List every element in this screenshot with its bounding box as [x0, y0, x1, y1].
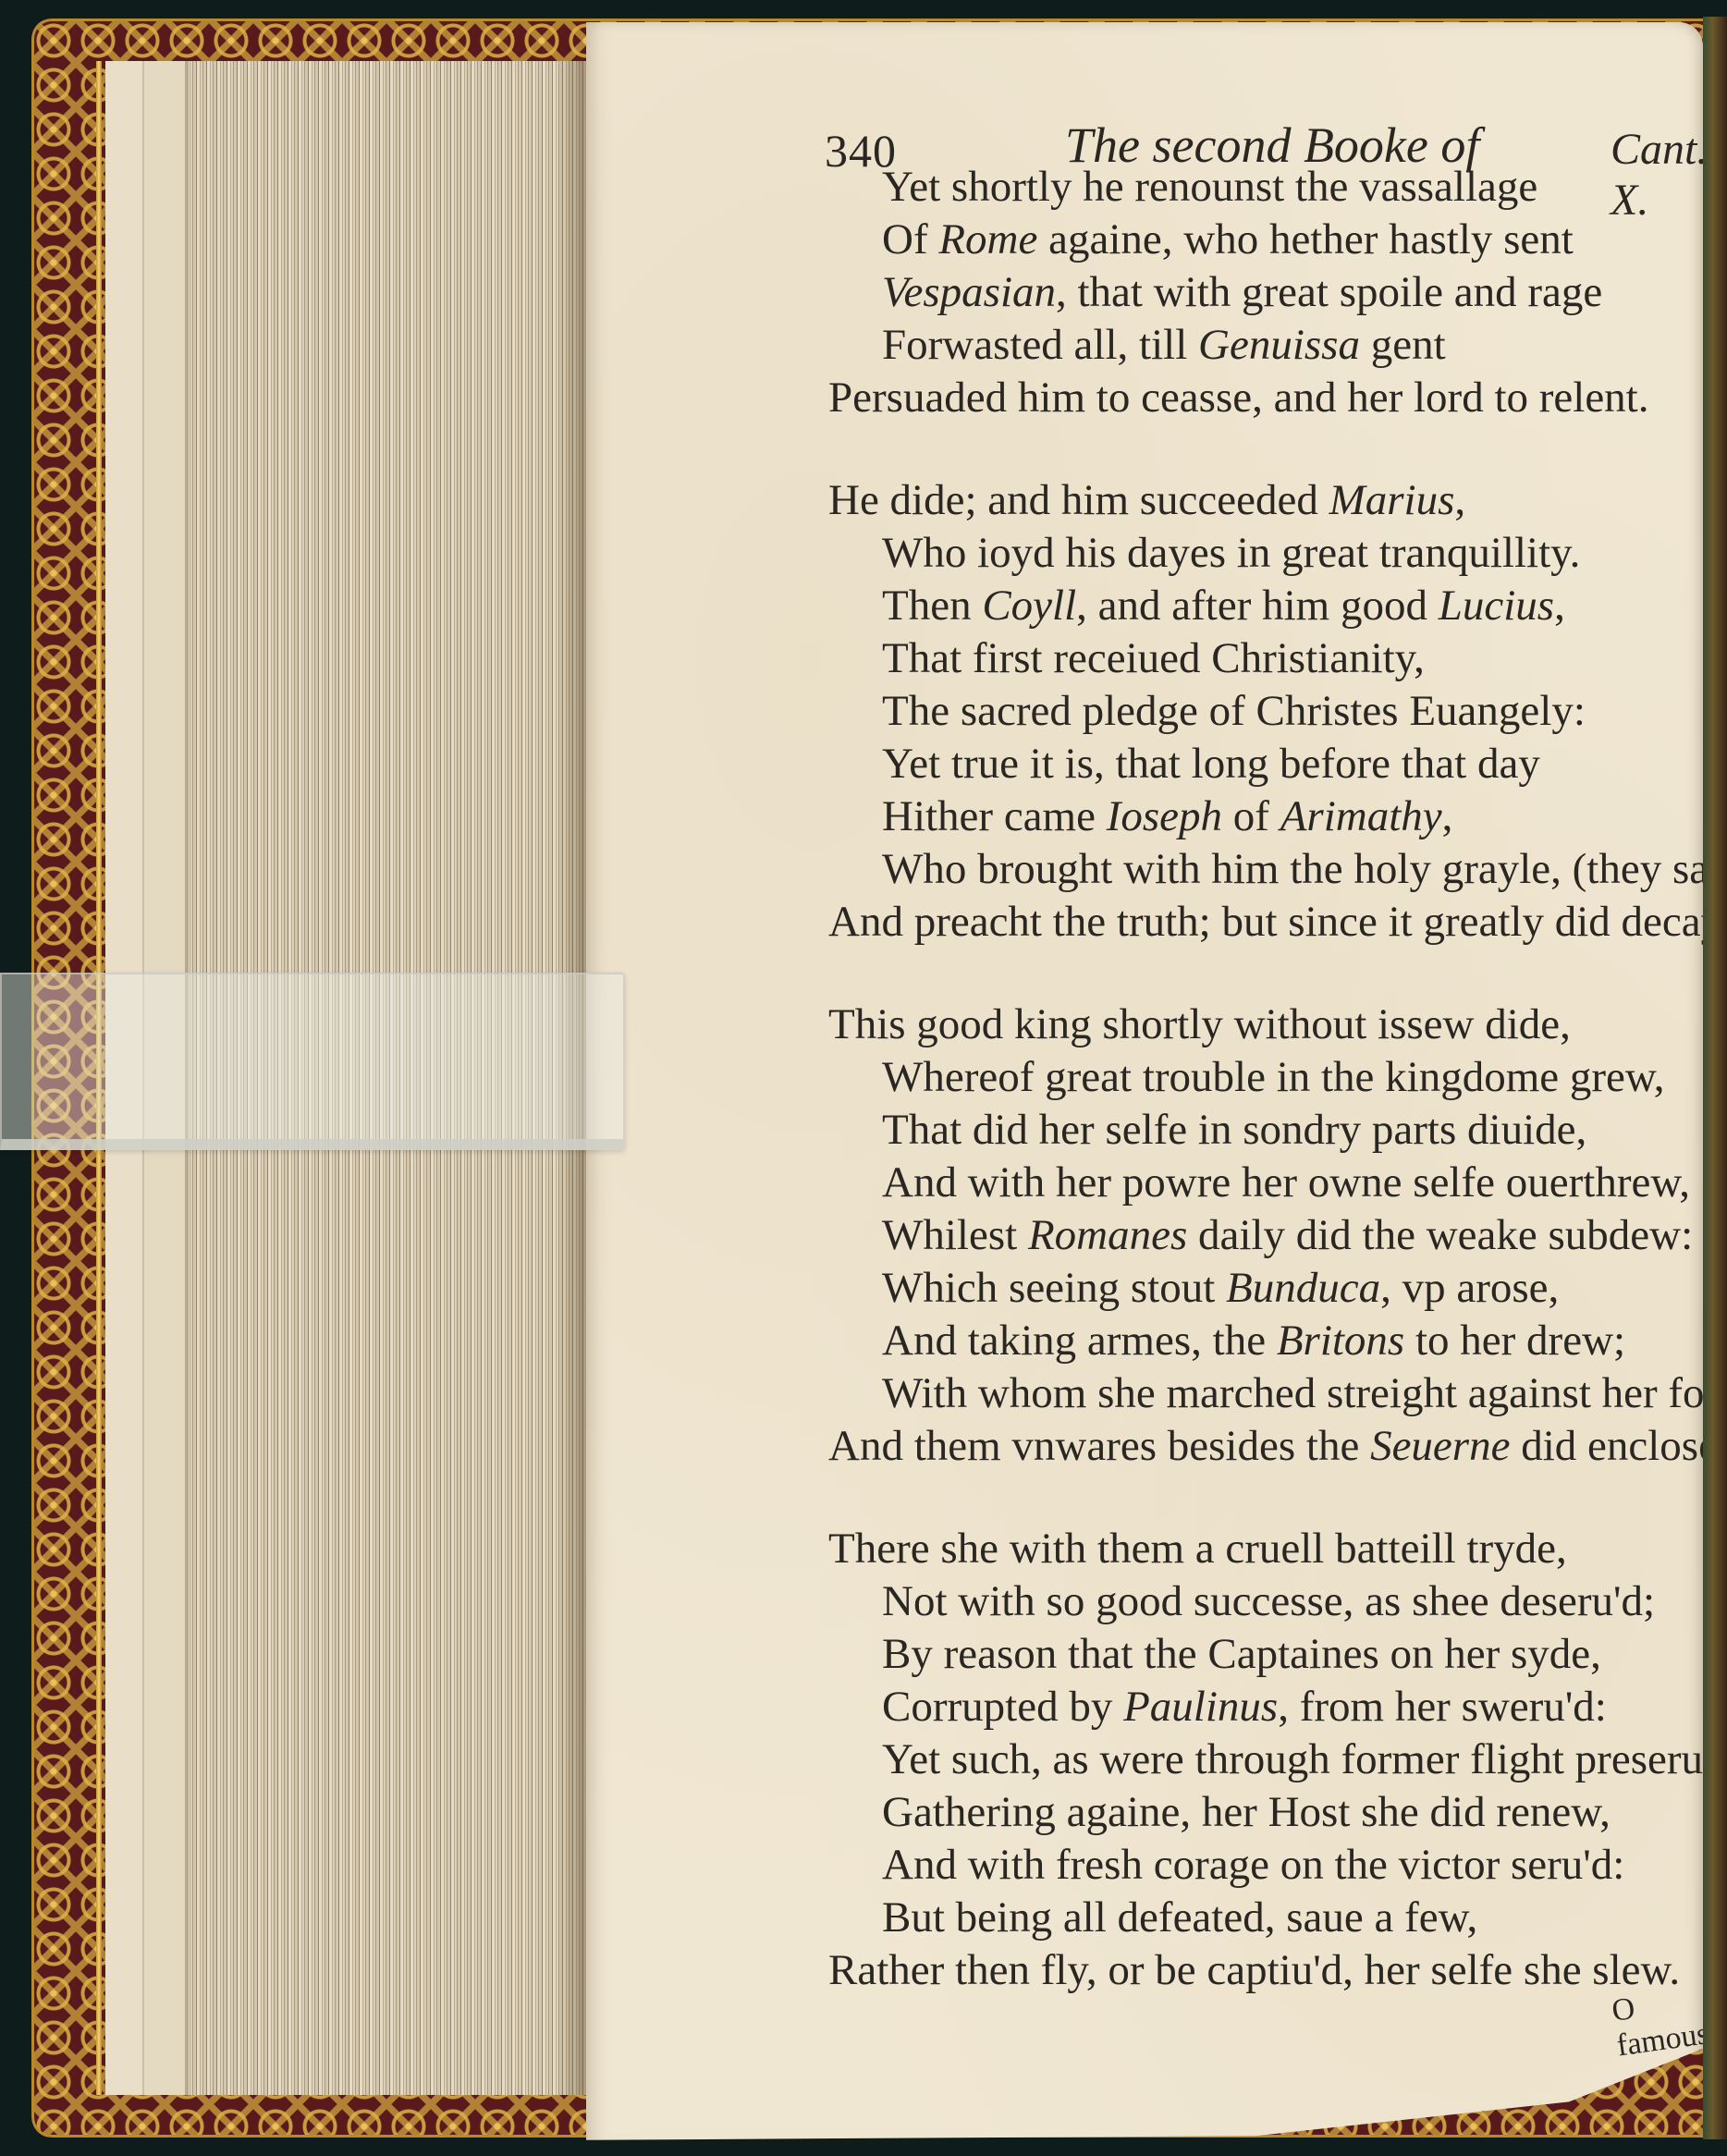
verse-text: Of: [882, 215, 938, 263]
verse-text: did enclose.: [1510, 1422, 1727, 1470]
verse-line: Who brought with him the holy grayle, (t…: [828, 843, 1697, 896]
verse-text: By reason that the Captaines on her syde…: [882, 1630, 1601, 1678]
verse-line: Corrupted by Paulinus, from her sweru'd:: [828, 1681, 1697, 1733]
verse-line: And taking armes, the Britons to her dre…: [828, 1315, 1697, 1367]
verse-line: He dide; and him succeeded Marius,: [828, 474, 1697, 527]
verse-text: , vp arose,: [1380, 1264, 1559, 1312]
stanza: There she with them a cruell batteill tr…: [828, 1523, 1697, 1997]
verse-text: of: [1222, 792, 1280, 840]
verse-line: By reason that the Captaines on her syde…: [828, 1628, 1697, 1681]
verse-line: Yet shortly he renounst the vassallage: [828, 161, 1697, 214]
verse-text: Persuaded him to ceasse, and her lord to…: [828, 374, 1649, 422]
verse-line: The sacred pledge of Christes Euangely:: [828, 685, 1697, 738]
verse-text: He dide; and him succeeded: [828, 476, 1329, 524]
stanza: He dide; and him succeeded Marius,Who io…: [828, 474, 1697, 949]
verse-line: Not with so good successe, as shee deser…: [828, 1575, 1697, 1628]
verse-line: And with fresh corage on the victor seru…: [828, 1839, 1697, 1892]
italic-proper-noun: Genuissa: [1198, 321, 1360, 369]
verse-text: againe, who hether hastly sent: [1037, 215, 1574, 263]
verse-text: Whilest: [882, 1211, 1028, 1259]
italic-proper-noun: Seuerne: [1370, 1422, 1510, 1470]
verse-line: There she with them a cruell batteill tr…: [828, 1523, 1697, 1575]
verse-text: gent: [1360, 321, 1446, 369]
verse-text: With whom she marched streight against h…: [882, 1369, 1727, 1417]
verse-text: Hither came: [882, 792, 1107, 840]
facing-board-edge: [1703, 17, 1727, 2139]
italic-proper-noun: Romanes: [1028, 1211, 1187, 1259]
verse-text: And taking armes, the: [882, 1317, 1277, 1365]
italic-proper-noun: Ioseph: [1107, 792, 1222, 840]
verse-line: That did her selfe in sondry parts diuid…: [828, 1104, 1697, 1157]
verse-line: Which seeing stout Bunduca, vp arose,: [828, 1262, 1697, 1315]
verse-text: That did her selfe in sondry parts diuid…: [882, 1106, 1586, 1154]
verse-body: Yet shortly he renounst the vassallageOf…: [828, 161, 1697, 2047]
verse-text: Forwasted all, till: [882, 321, 1198, 369]
verse-line: Who ioyd his dayes in great tranquillity…: [828, 527, 1697, 580]
verse-line: Persuaded him to ceasse, and her lord to…: [828, 372, 1697, 424]
verse-text: , and after him good: [1076, 582, 1439, 630]
verse-line: And preacht the truth; but since it grea…: [828, 896, 1697, 949]
book-photograph: 340 The second Booke of Cant. X. Yet sho…: [0, 0, 1727, 2156]
verse-line: Rather then fly, or be captiu'd, her sel…: [828, 1944, 1697, 1997]
verse-line: Whilest Romanes daily did the weake subd…: [828, 1209, 1697, 1262]
verse-line: Of Rome againe, who hether hastly sent: [828, 214, 1697, 266]
verse-text: ,: [1442, 792, 1453, 840]
verse-line: Forwasted all, till Genuissa gent: [828, 319, 1697, 372]
verse-text: , from her sweru'd:: [1278, 1683, 1607, 1731]
italic-proper-noun: Marius: [1329, 476, 1455, 524]
verse-text: daily did the weake subdew:: [1187, 1211, 1693, 1259]
verse-text: Which seeing stout: [882, 1264, 1226, 1312]
printed-page: 340 The second Booke of Cant. X. Yet sho…: [586, 22, 1703, 2149]
verse-text: And with her powre her owne selfe ouerth…: [882, 1158, 1690, 1207]
verse-line: Hither came Ioseph of Arimathy,: [828, 790, 1697, 843]
verse-text: Rather then fly, or be captiu'd, her sel…: [828, 1946, 1680, 1994]
running-head: 340 The second Booke of Cant. X.: [586, 104, 1703, 168]
verse-text: Who ioyd his dayes in great tranquillity…: [882, 529, 1580, 577]
italic-proper-noun: Coyll: [982, 582, 1076, 630]
verse-line: Gathering againe, her Host she did renew…: [828, 1786, 1697, 1839]
italic-proper-noun: Rome: [938, 215, 1037, 263]
verse-line: Yet true it is, that long before that da…: [828, 738, 1697, 790]
verse-text: There she with them a cruell batteill tr…: [828, 1525, 1567, 1573]
verse-text: Whereof great trouble in the kingdome gr…: [882, 1053, 1665, 1101]
italic-proper-noun: Vespasian: [882, 268, 1056, 316]
verse-text: Who brought with him the holy grayle, (t…: [882, 845, 1727, 893]
verse-line: Then Coyll, and after him good Lucius,: [828, 580, 1697, 632]
verse-text: That first receiued Christianity,: [882, 634, 1425, 682]
verse-line: Yet such, as were through former flight …: [828, 1733, 1697, 1786]
verse-text: Not with so good successe, as shee deser…: [882, 1577, 1655, 1625]
verse-text: Then: [882, 582, 982, 630]
verse-text: ,: [1454, 476, 1465, 524]
verse-line: Whereof great trouble in the kingdome gr…: [828, 1051, 1697, 1104]
acrylic-page-clamp: [0, 973, 625, 1150]
verse-line: And with her powre her owne selfe ouerth…: [828, 1157, 1697, 1209]
verse-text: Yet true it is, that long before that da…: [882, 740, 1540, 788]
verse-line: But being all defeated, saue a few,: [828, 1892, 1697, 1944]
verse-text: Yet such, as were through former flight …: [882, 1735, 1727, 1783]
verse-text: Gathering againe, her Host she did renew…: [882, 1788, 1611, 1836]
verse-text: And preacht the truth; but since it grea…: [828, 898, 1727, 946]
verse-text: to her drew;: [1404, 1317, 1625, 1365]
verse-line: And them vnwares besides the Seuerne did…: [828, 1420, 1697, 1473]
verse-text: And with fresh corage on the victor seru…: [882, 1841, 1624, 1889]
verse-text: , that with great spoile and rage: [1056, 268, 1602, 316]
verse-text: But being all defeated, saue a few,: [882, 1893, 1477, 1942]
verse-line: Vespasian, that with great spoile and ra…: [828, 266, 1697, 319]
italic-proper-noun: Paulinus: [1123, 1683, 1278, 1731]
verse-text: ,: [1554, 582, 1565, 630]
verse-text: The sacred pledge of Christes Euangely:: [882, 687, 1586, 735]
italic-proper-noun: Lucius: [1439, 582, 1554, 630]
verse-line: This good king shortly without issew did…: [828, 998, 1697, 1051]
stanza: This good king shortly without issew did…: [828, 998, 1697, 1473]
verse-text: And them vnwares besides the: [828, 1422, 1370, 1470]
italic-proper-noun: Britons: [1277, 1317, 1404, 1365]
italic-proper-noun: Arimathy: [1280, 792, 1442, 840]
italic-proper-noun: Bunduca: [1226, 1264, 1380, 1312]
verse-line: With whom she marched streight against h…: [828, 1367, 1697, 1420]
verse-text: Corrupted by: [882, 1683, 1123, 1731]
verse-text: This good king shortly without issew did…: [828, 1000, 1571, 1048]
stanza: Yet shortly he renounst the vassallageOf…: [828, 161, 1697, 424]
verse-text: Yet shortly he renounst the vassallage: [882, 163, 1537, 211]
verse-line: That first receiued Christianity,: [828, 632, 1697, 685]
